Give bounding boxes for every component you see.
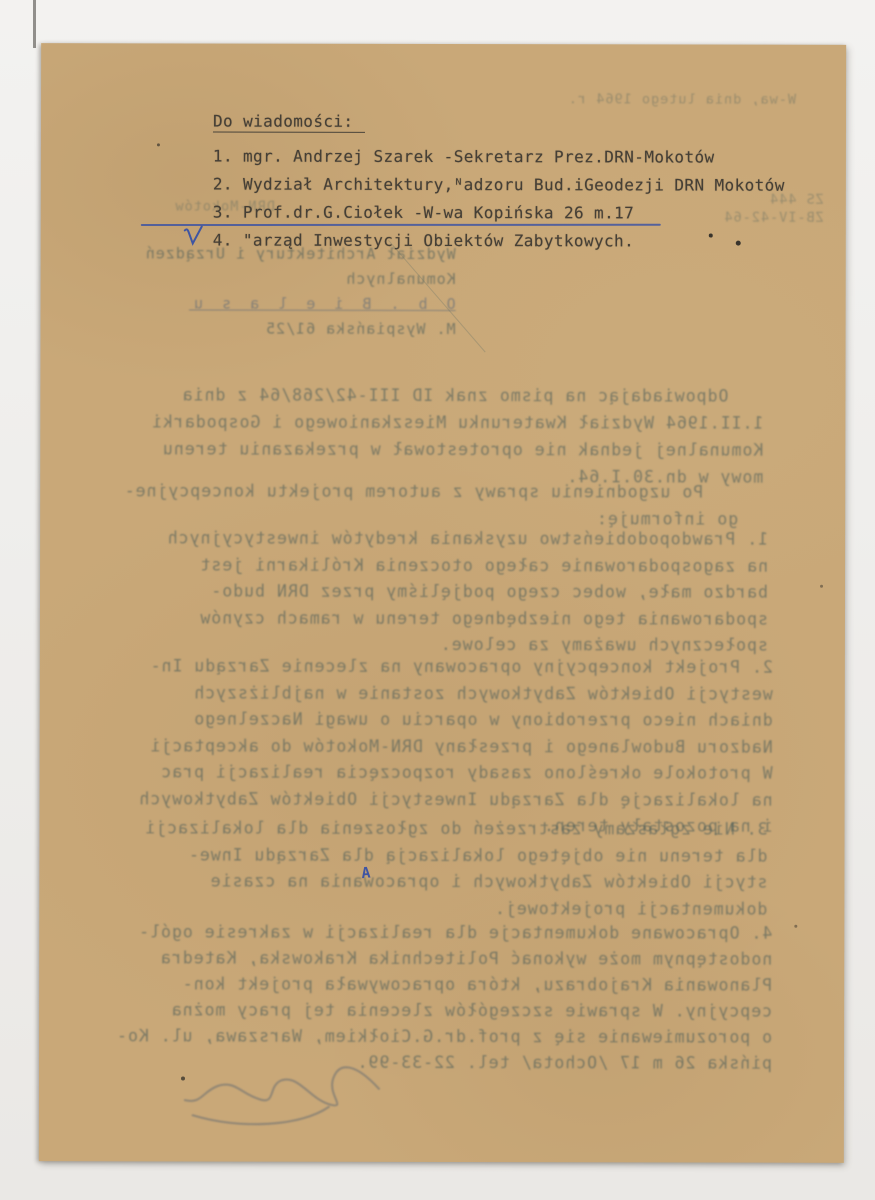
bleed-paragraph-intro: Odpowiadając na pismo znak ID III-42/268…	[108, 381, 763, 490]
distribution-line-2: 2. Wydział Architektury,ᴺadzoru Bud.iGeo…	[213, 175, 785, 195]
scanned-document-page: { "document": { "heading": "Do wiadomośc…	[0, 0, 875, 1200]
ink-caret-mark: A	[361, 864, 372, 883]
distribution-line-4: 4. "arząd Inwestycji Obiektów Zabytkowyc…	[213, 231, 634, 251]
document-heading: Do wiadomości:	[213, 112, 366, 133]
ink-checkmark-icon	[182, 224, 206, 246]
bleed-item-2: 2. Projekt koncepcyjny opracowany na zle…	[108, 653, 773, 840]
paper-speck	[709, 234, 713, 238]
paper-speck	[820, 585, 823, 588]
bleed-item-3: 3. Nie zgłaszamy zastrzeżeń do zgłoszeni…	[107, 815, 767, 922]
paper-speck	[181, 1076, 185, 1080]
bleed-addressee-block: Wydział Architektury i Urządzeń Komunaln…	[141, 241, 456, 342]
paper-speck	[157, 143, 160, 146]
bleed-ref-right: ZS 444 ZB-IV-42-64	[689, 191, 824, 227]
bleed-date-line: W-wa, dnia lutego 1964 r.	[546, 90, 796, 109]
scanner-edge-line	[33, 0, 36, 48]
distribution-line-3: 3. Prof.dr.G.Ciołek -W-wa Kopińska 26 m.…	[213, 203, 634, 223]
paper-sheet: W-wa, dnia lutego 1964 r. DRN-Mokotów ZS…	[39, 43, 846, 1163]
paper-speck	[794, 925, 797, 928]
bleed-paragraph-lead: Po uzgodnieniu sprawy z autorem projektu…	[118, 477, 738, 532]
bleed-item-1: 1. Prawdopodobieństwo uzyskania kredytów…	[108, 525, 768, 659]
distribution-line-1: 1. mgr. Andrzej Szarek -Sekretarz Prez.D…	[213, 147, 715, 167]
bleed-item-4: 4. Opracowane dokumentacje dla realizacj…	[107, 919, 772, 1076]
ink-dot-speck	[736, 241, 741, 246]
ink-underline	[141, 224, 661, 226]
